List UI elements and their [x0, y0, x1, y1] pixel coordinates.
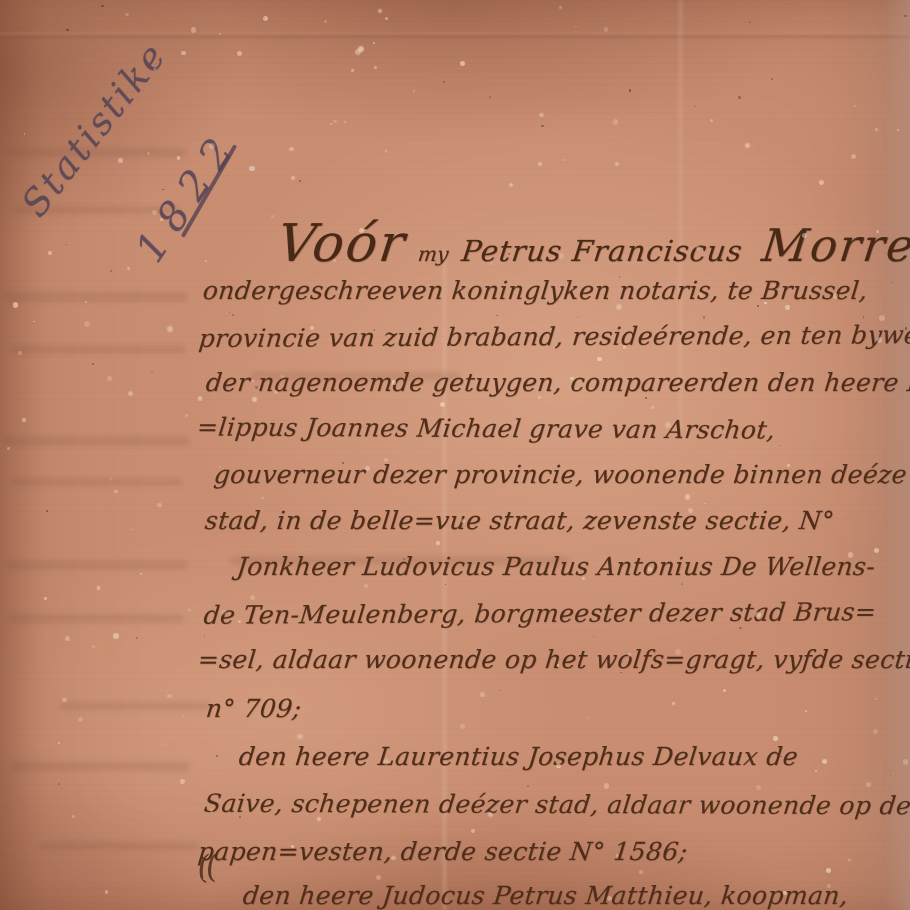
show-through-line [4, 292, 188, 302]
paper-speck [489, 96, 491, 98]
opening-word: Voór [274, 214, 410, 274]
show-through-line [60, 702, 210, 710]
paper-speck [480, 692, 485, 697]
paper-speck [385, 17, 388, 20]
manuscript-line-11: n° 709; [204, 694, 303, 723]
paper-speck [460, 724, 465, 729]
paper-speck [310, 326, 314, 330]
paper-speck [261, 497, 263, 499]
paper-speck [577, 317, 578, 318]
paper-speck [209, 143, 215, 149]
opening-abbreviation: my [417, 242, 450, 266]
paper-speck [113, 633, 118, 638]
paper-speck [436, 541, 440, 545]
paper-speck [252, 397, 257, 402]
paper-speck [188, 609, 191, 612]
paper-speck [128, 391, 133, 396]
paper-speck [22, 418, 26, 422]
paper-speck [181, 51, 185, 55]
paper-speck [46, 510, 48, 512]
paper-speck [879, 315, 885, 321]
paper-speck [297, 734, 302, 739]
paper-speck [160, 218, 163, 221]
paper-speck [92, 645, 95, 648]
paper-speck [739, 627, 741, 629]
paper-speck [897, 129, 899, 131]
paper-speck [851, 154, 856, 159]
paper-speck [44, 597, 47, 600]
paper-speck [317, 817, 321, 821]
paper-speck [127, 267, 130, 270]
deed-opening-line: Voór my Petrus Franciscus Morren, [274, 214, 910, 274]
paper-speck [892, 282, 893, 283]
paper-speck [344, 121, 346, 123]
manuscript-scan: Statistike 1822 Voór my Petrus Franciscu… [0, 0, 910, 910]
paper-speck [685, 494, 690, 499]
manuscript-line-14: papen=vesten, derde sectie N° 1586; [196, 837, 689, 866]
paper-speck [403, 558, 405, 560]
paper-speck [623, 345, 626, 348]
paper-speck [875, 128, 878, 131]
paper-speck [391, 856, 395, 860]
paper-speck [738, 96, 741, 99]
paper-speck [628, 653, 631, 656]
paper-speck [130, 529, 132, 531]
manuscript-line-13: Saive, schepenen deézer stad, aldaar woo… [203, 789, 910, 820]
paper-speck [114, 490, 117, 493]
paper-speck [723, 689, 726, 692]
paper-speck [745, 143, 750, 148]
paper-speck [755, 612, 761, 618]
show-through-line [40, 842, 200, 850]
paper-speck [734, 250, 737, 253]
paper-speck [383, 759, 389, 765]
paper-speck [833, 293, 838, 298]
paper-speck [496, 315, 497, 316]
show-through-line [10, 345, 186, 354]
paper-speck [105, 890, 109, 894]
paper-speck [330, 123, 332, 125]
paper-speck [13, 302, 18, 307]
paper-speck [249, 166, 254, 171]
paper-speck [785, 305, 789, 309]
paper-speck [866, 782, 871, 787]
paper-speck [802, 233, 807, 238]
paper-speck [271, 215, 274, 218]
paper-speck [527, 785, 529, 787]
paper-speck [875, 698, 877, 700]
paper-speck [876, 230, 879, 233]
paper-speck [229, 312, 230, 313]
manuscript-line-2: ondergeschreeven koninglyken notaris, te… [201, 276, 869, 305]
paper-speck [500, 690, 501, 691]
paper-speck [97, 586, 101, 590]
paper-speck [92, 363, 94, 365]
paper-speck [757, 305, 759, 307]
paper-speck [140, 573, 142, 575]
paper-speck [648, 567, 653, 572]
paper-speck [378, 9, 382, 13]
paper-speck [191, 27, 196, 32]
paper-speck [48, 251, 51, 254]
paper-speck [800, 604, 803, 607]
paper-speck [582, 577, 585, 580]
paper-speck [385, 150, 387, 152]
paper-speck [167, 326, 173, 332]
paper-speck [384, 458, 388, 462]
show-through-line [8, 614, 184, 623]
paper-speck [675, 649, 681, 655]
paper-speck [255, 386, 257, 388]
paper-speck [639, 870, 643, 874]
manuscript-line-3: provincie van zuid braband, resideérende… [197, 320, 910, 353]
paper-speck [703, 316, 705, 318]
paper-speck [539, 113, 543, 117]
paper-speck [783, 891, 787, 895]
paper-speck [204, 635, 205, 636]
notary-surname: Morren, [759, 219, 910, 272]
paper-speck [151, 371, 152, 372]
manuscript-line-7: stad, in de belle=vue straat, zevenste s… [203, 506, 836, 535]
paper-speck [826, 868, 831, 873]
paper-speck [445, 584, 446, 585]
paper-speck [508, 253, 510, 255]
paper-speck [805, 710, 807, 712]
paper-speck [164, 743, 166, 745]
paper-speck [672, 702, 675, 705]
paper-speck [101, 5, 103, 7]
show-through-line [10, 762, 190, 771]
paper-speck [541, 125, 544, 128]
manuscript-line-10: =sel, aldaar woonende op het wolfs=gragt… [196, 645, 910, 674]
paper-speck [460, 61, 465, 66]
paper-speck [373, 42, 375, 44]
paper-speck [696, 246, 700, 250]
paper-speck [538, 396, 541, 399]
paper-speck [118, 158, 123, 163]
manuscript-line-12: den heere Laurentius Josephus Delvaux de [237, 742, 799, 771]
paper-speck [616, 854, 618, 856]
show-through-line [2, 436, 190, 446]
paper-speck [62, 698, 67, 703]
notary-forenames: Petrus Franciscus [460, 234, 745, 268]
paper-speck [699, 292, 703, 296]
paper-speck [274, 390, 278, 394]
manuscript-line-9: de Ten-Meulenberg, borgmeester dezer sta… [202, 597, 877, 630]
paper-speck [873, 729, 878, 734]
show-through-line [12, 478, 182, 486]
paper-speck [238, 620, 241, 623]
paper-speck [152, 210, 157, 215]
paper-speck [205, 260, 207, 262]
paper-speck [758, 436, 759, 437]
paper-speck [162, 189, 164, 191]
manuscript-line-15: den heere Judocus Petrus Matthieu, koopm… [241, 881, 849, 910]
aged-paper-background [0, 0, 910, 910]
paper-speck [695, 106, 696, 107]
paper-speck [570, 377, 573, 380]
paper-speck [819, 180, 824, 185]
paper-speck [157, 503, 161, 507]
manuscript-line-6: gouverneur dezer provincie, woonende bin… [212, 460, 908, 489]
paper-speck [177, 156, 180, 159]
paper-speck [613, 119, 618, 124]
paper-speck [110, 270, 111, 271]
manuscript-line-4: der nagenoemde getuygen, compareerden de… [204, 368, 910, 397]
paper-speck [84, 321, 90, 327]
paper-speck [815, 770, 817, 772]
paper-speck [359, 228, 364, 233]
paper-speck [904, 15, 906, 17]
paper-speck [198, 396, 202, 400]
paper-speck [210, 809, 213, 812]
paper-speck [538, 162, 542, 166]
paper-speck [58, 783, 60, 785]
paper-speck [167, 694, 171, 698]
manuscript-line-8: Jonkheer Ludovicus Paulus Antonius De We… [235, 552, 876, 581]
paper-speck [18, 351, 21, 354]
show-through-line [6, 560, 188, 570]
manuscript-line-5: =lippus Joannes Michael grave van Arscho… [196, 412, 777, 444]
